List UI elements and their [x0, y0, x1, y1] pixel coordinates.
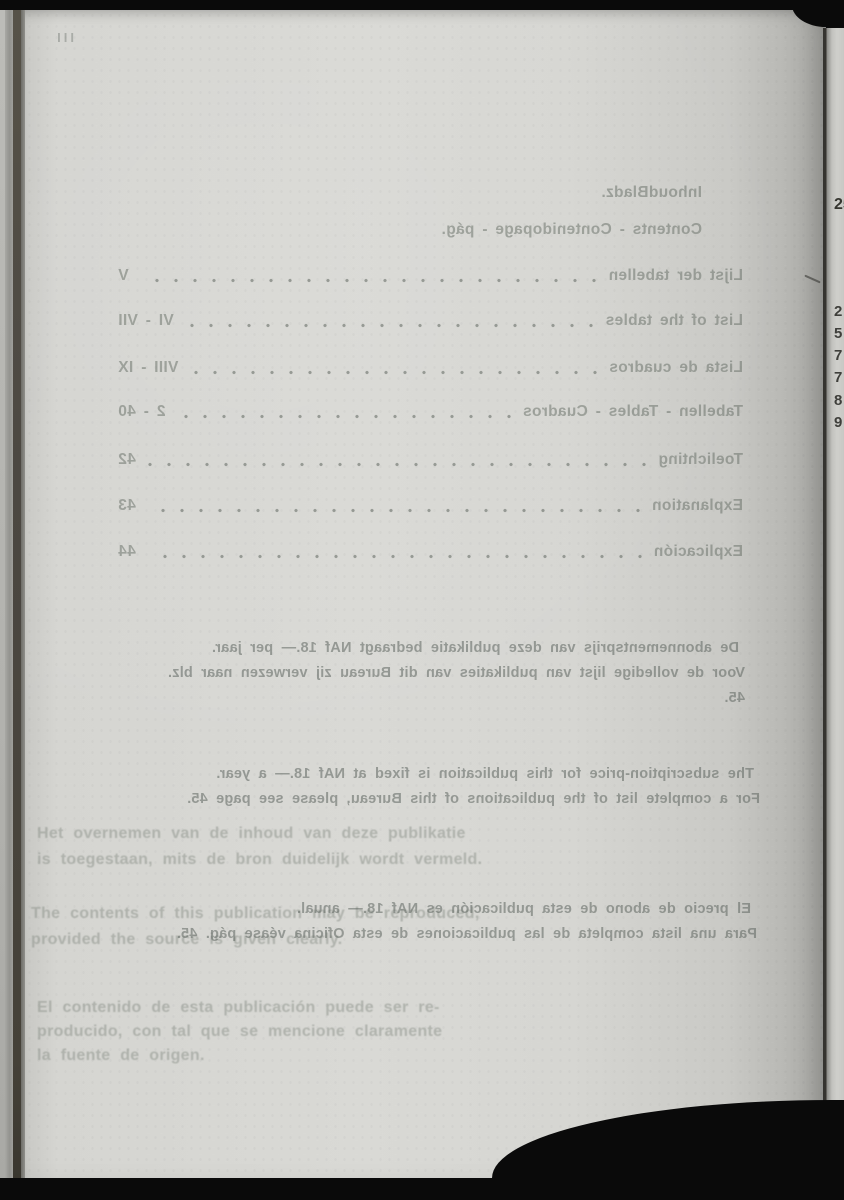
toc-page-ref: Bladz.	[601, 184, 648, 202]
showthrough-subscription-note-spanish: El precio de abono de esta publicación e…	[139, 897, 757, 947]
toc-page-ref: 2 - 40	[118, 403, 165, 421]
note-line: El precio de abono de esta publicación e…	[139, 897, 757, 922]
toc-label: Contents - Contenido	[532, 221, 702, 239]
toc-row: Lijst der tabellen V	[118, 267, 743, 285]
binding-strip	[13, 9, 21, 1179]
adjacent-page-edge: 25 2 5 7 7 8 9	[823, 28, 844, 1104]
adjacent-page-number: 7	[834, 369, 842, 386]
toc-label: List of the tables	[605, 312, 743, 330]
toc-row: Lista de cuadros VIII - IX	[118, 359, 743, 377]
toc-page-ref: 43	[118, 497, 136, 515]
toc-row: List of the tables VI - VII	[118, 312, 743, 330]
dot-leader	[177, 414, 510, 419]
toc-page-ref: 42	[118, 451, 136, 469]
dot-leader	[148, 462, 646, 467]
toc-row: Contents - Contenido page - pág.	[118, 221, 743, 239]
toc-label: Explicación	[654, 543, 743, 561]
toc-row: Inhoud Bladz.	[118, 184, 743, 202]
note-line: For a complete list of the publications …	[132, 787, 760, 812]
toc-page-ref: V	[118, 267, 129, 285]
toc-label: Explanation	[652, 497, 743, 515]
adjacent-page-number: 8	[834, 392, 842, 409]
toc-label: Inhoud	[649, 184, 702, 202]
adjacent-page-number: 9	[834, 414, 842, 431]
toc-page-ref: VI - VII	[118, 312, 174, 330]
dot-leader	[148, 508, 640, 513]
adjacent-page-number: 25	[834, 196, 844, 214]
toc-row: Toelichting 42	[118, 451, 743, 469]
toc-label: Lijst der tabellen	[608, 267, 743, 285]
dot-leader	[186, 323, 594, 328]
toc-label: Tabellen - Tables - Cuadros	[523, 403, 743, 421]
adjacent-page-number: 7	[834, 347, 842, 364]
toc-row: Explicación 44	[118, 543, 743, 561]
note-line: Para una lista completa de las publicaci…	[139, 922, 757, 947]
toc-page-ref: page - pág.	[441, 221, 532, 239]
toc-page-ref: 44	[118, 543, 136, 561]
toc-label: Lista de cuadros	[609, 359, 743, 377]
toc-row: Explanation 43	[118, 497, 743, 515]
note-line: The subscription-price for this publicat…	[132, 762, 760, 787]
note-line: Voor de volledige lijst van publikaties …	[151, 661, 745, 711]
bleedthrough-mirrored-layer: III Inhoud Bladz. Contents - Contenido p…	[25, 10, 826, 1178]
note-line: De abonnementsprijs van deze publikatie …	[151, 636, 745, 661]
book-page: Het overnemen van de inhoud van deze pub…	[25, 10, 826, 1178]
adjacent-page-number: 5	[834, 325, 842, 342]
toc-label: Toelichting	[658, 451, 743, 469]
showthrough-subscription-note-english: The subscription-price for this publicat…	[132, 762, 760, 812]
adjacent-page-number: 2	[834, 303, 842, 320]
toc-row: Tabellen - Tables - Cuadros 2 - 40	[118, 403, 743, 421]
showthrough-subscription-note-dutch: De abonnementsprijs van deze publikatie …	[151, 636, 745, 711]
dot-leader	[148, 554, 642, 559]
dot-leader	[190, 370, 597, 375]
dot-leader	[141, 278, 597, 283]
photo-background-top-bar	[0, 0, 844, 10]
photo-background-bottom-bar	[0, 1178, 844, 1200]
toc-page-ref: VIII - IX	[118, 359, 178, 377]
book-edge-strip-mid	[5, 9, 13, 1179]
showthrough-page-number: III	[54, 30, 74, 45]
scanned-book-photo: Het overnemen van de inhoud van deze pub…	[0, 0, 844, 1200]
